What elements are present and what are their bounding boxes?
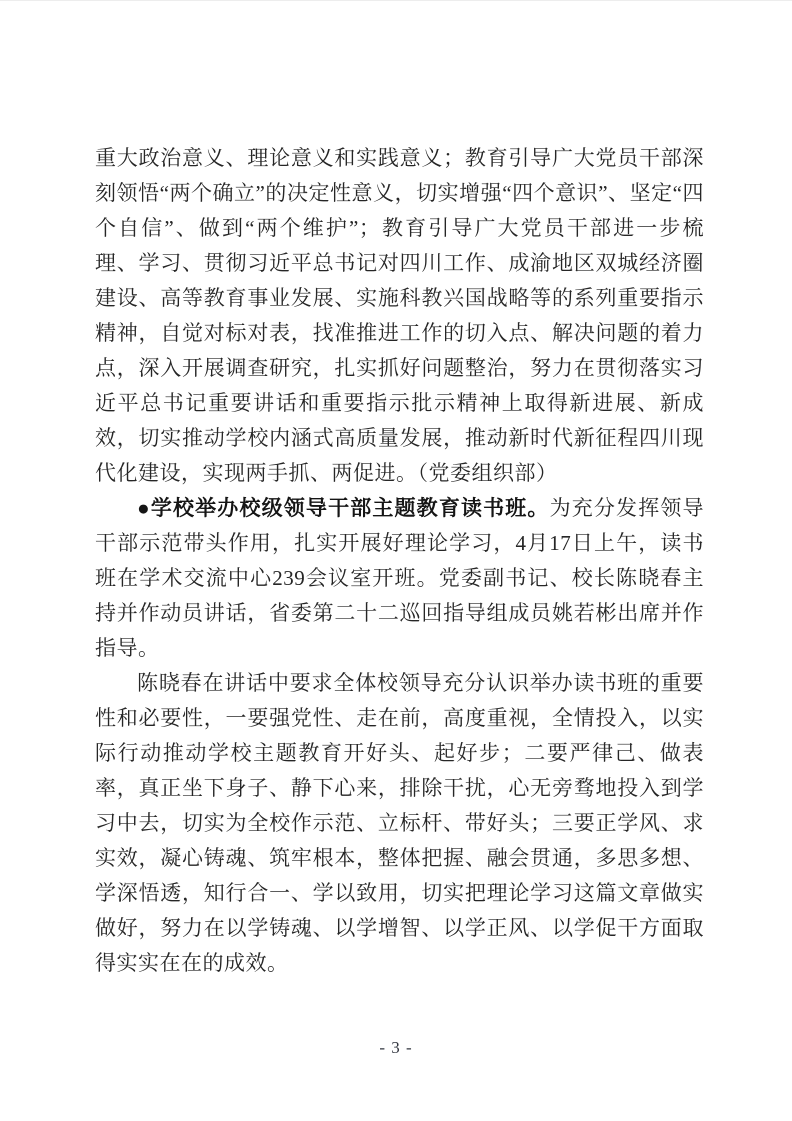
paragraph-speech-summary: 陈晓春在讲话中要求全体校领导充分认识举办读书班的重要性和必要性，一要强党性、走在…	[95, 666, 704, 981]
paragraph-text: 为充分发挥领导干部示范带头作用，扎实开展好理论学习，4月17日上午，读书班在学术…	[95, 496, 704, 660]
page-number: - 3 -	[0, 1037, 792, 1059]
document-page: 重大政治意义、理论意义和实践意义；教育引导广大党员干部深刻领悟“两个确立”的决定…	[0, 0, 792, 1121]
document-body: 重大政治意义、理论意义和实践意义；教育引导广大党员干部深刻领悟“两个确立”的决定…	[95, 141, 704, 981]
paragraph-bullet-news: ●学校举办校级领导干部主题教育读书班。为充分发挥领导干部示范带头作用，扎实开展好…	[95, 491, 704, 666]
bullet-headline: 学校举办校级领导干部主题教育读书班。	[151, 497, 550, 520]
paragraph-text: 陈晓春在讲话中要求全体校领导充分认识举办读书班的重要性和必要性，一要强党性、走在…	[95, 671, 704, 975]
paragraph-text: 重大政治意义、理论意义和实践意义；教育引导广大党员干部深刻领悟“两个确立”的决定…	[95, 146, 704, 485]
paragraph-continuation: 重大政治意义、理论意义和实践意义；教育引导广大党员干部深刻领悟“两个确立”的决定…	[95, 141, 704, 491]
bullet-icon: ●	[137, 497, 151, 520]
